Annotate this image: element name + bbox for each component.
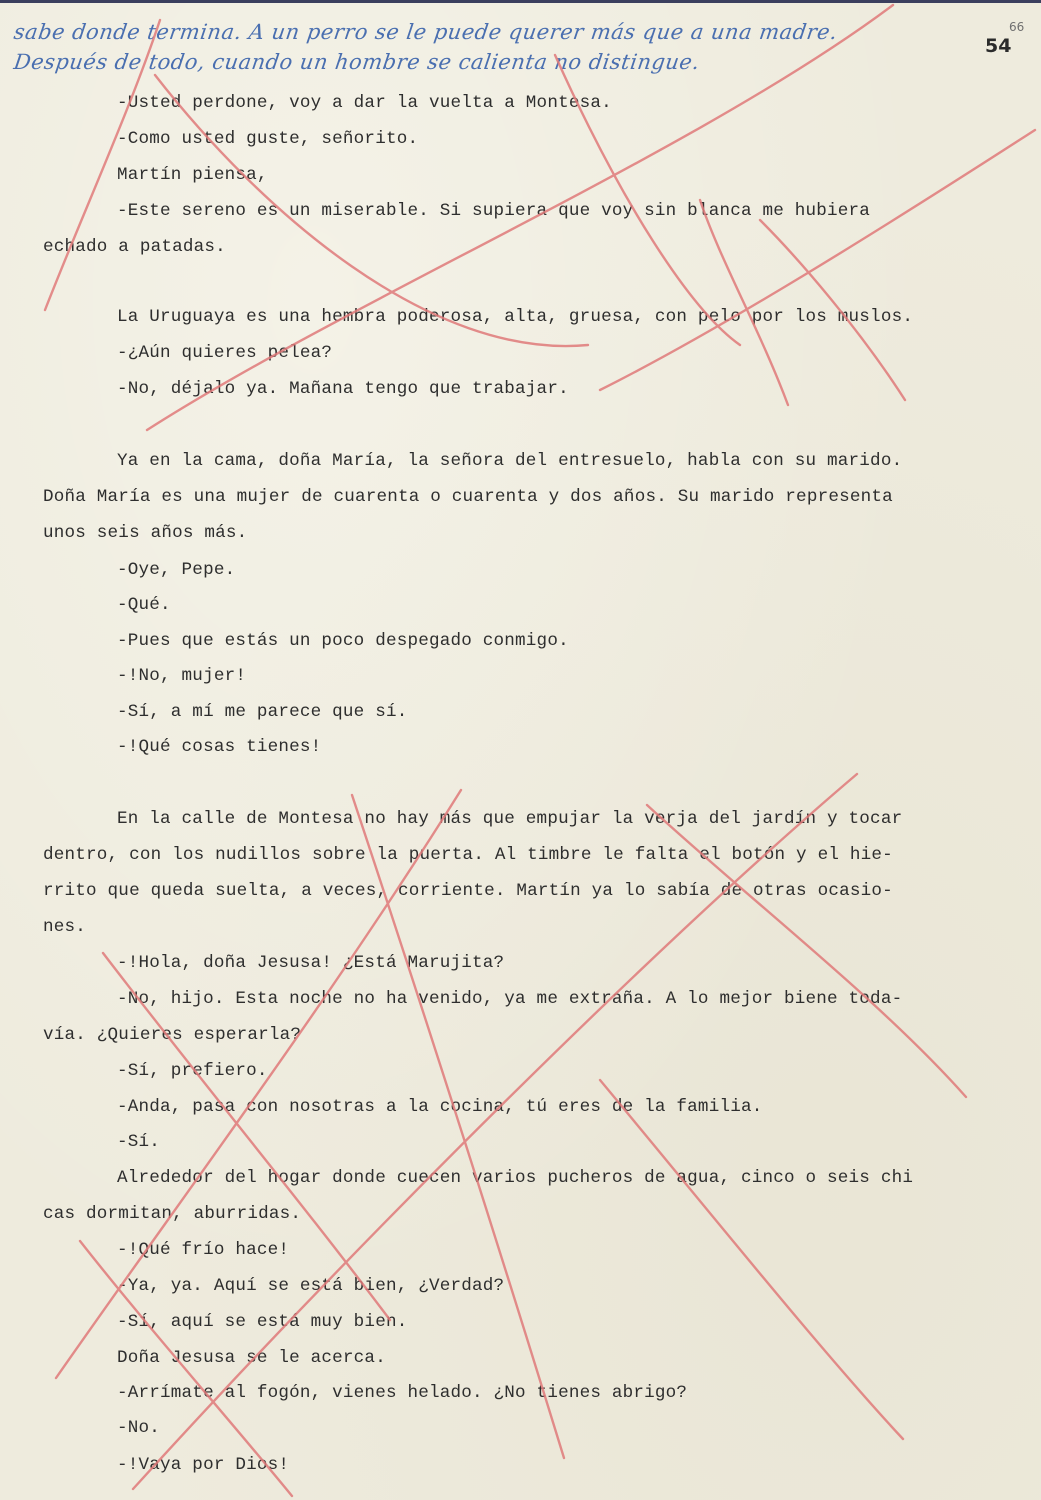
typed-line: -!Qué frío hace! xyxy=(117,1240,289,1260)
handwritten-note-line-1: sabe donde termina. A un perro se le pue… xyxy=(12,20,839,44)
typed-line: -No, déjalo ya. Mañana tengo que trabaja… xyxy=(117,379,569,399)
typed-line: -No. xyxy=(117,1418,160,1438)
page-number-alt: 66 xyxy=(1009,20,1024,34)
typed-line: Doña Jesusa se le acerca. xyxy=(117,1348,386,1368)
typed-line: -Sí, prefiero. xyxy=(117,1061,268,1081)
document-page: sabe donde termina. A un perro se le pue… xyxy=(0,0,1041,1500)
typed-line: -Pues que estás un poco despegado conmig… xyxy=(117,631,569,651)
typed-line: -Sí, a mí me parece que sí. xyxy=(117,702,407,722)
typed-line: -Sí, aquí se está muy bien. xyxy=(117,1312,407,1332)
typed-line: -¿Aún quieres pelea? xyxy=(117,343,332,363)
typed-line: -!Qué cosas tienes! xyxy=(117,737,321,757)
scan-edge xyxy=(0,0,1041,3)
cross-out-stroke xyxy=(700,200,788,405)
typed-line: -!Vaya por Dios! xyxy=(117,1455,289,1475)
typed-line: En la calle de Montesa no hay más que em… xyxy=(117,809,902,829)
typed-line: -Este sereno es un miserable. Si supiera… xyxy=(117,201,870,221)
cross-out-stroke xyxy=(600,130,1035,390)
typed-line: -No, hijo. Esta noche no ha venido, ya m… xyxy=(117,989,902,1009)
typed-line: -Ya, ya. Aquí se está bien, ¿Verdad? xyxy=(117,1276,504,1296)
typed-line: Ya en la cama, doña María, la señora del… xyxy=(117,451,902,471)
typed-line: -Anda, pasa con nosotras a la cocina, tú… xyxy=(117,1097,762,1117)
typed-line: vía. ¿Quieres esperarla? xyxy=(43,1025,301,1045)
typed-line: echado a patadas. xyxy=(43,237,226,257)
typed-line: La Uruguaya es una hembra poderosa, alta… xyxy=(117,307,913,327)
typed-line: cas dormitan, aburridas. xyxy=(43,1204,301,1224)
typed-line: unos seis años más. xyxy=(43,523,247,543)
typed-line: -Arrímate al fogón, vienes helado. ¿No t… xyxy=(117,1383,687,1403)
typed-line: dentro, con los nudillos sobre la puerta… xyxy=(43,845,893,865)
typed-line: -!No, mujer! xyxy=(117,666,246,686)
typed-line: -Qué. xyxy=(117,595,171,615)
typed-line: nes. xyxy=(43,917,86,937)
typed-line: -Sí. xyxy=(117,1132,160,1152)
typed-line: Martín piensa, xyxy=(117,165,268,185)
typed-line: Alrededor del hogar donde cuecen varios … xyxy=(117,1168,913,1188)
handwritten-note-line-2: Después de todo, cuando un hombre se cal… xyxy=(12,50,701,74)
typed-line: rrito que queda suelta, a veces, corrien… xyxy=(43,881,893,901)
typed-line: Doña María es una mujer de cuarenta o cu… xyxy=(43,487,893,507)
typed-line: -Usted perdone, voy a dar la vuelta a Mo… xyxy=(117,93,612,113)
typed-line: -!Hola, doña Jesusa! ¿Está Marujita? xyxy=(117,953,504,973)
typed-line: -Oye, Pepe. xyxy=(117,560,235,580)
typed-line: -Como usted guste, señorito. xyxy=(117,129,418,149)
page-number: 54 xyxy=(985,35,1011,57)
